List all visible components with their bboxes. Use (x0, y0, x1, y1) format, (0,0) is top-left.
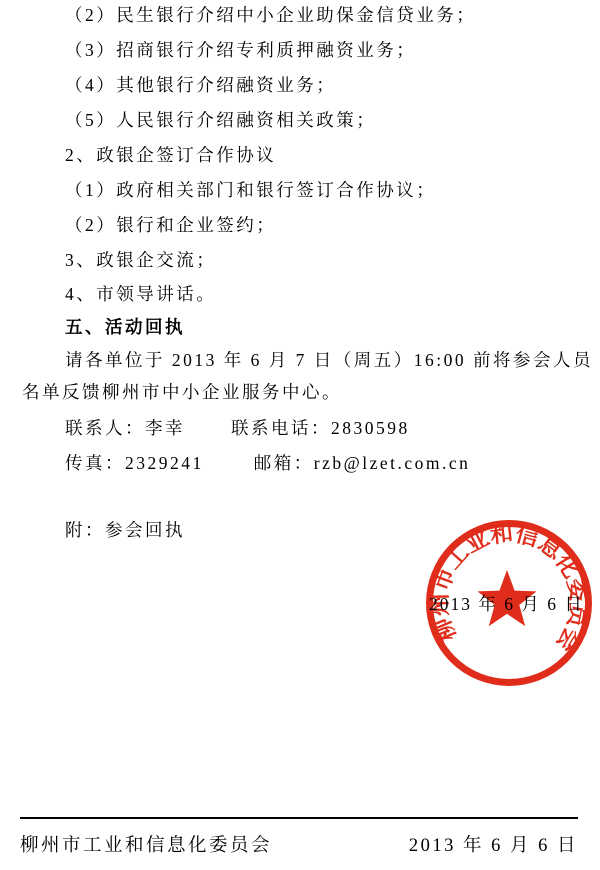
footer-issuer: 柳州市工业和信息化委员会 (20, 831, 272, 857)
agenda-item: 4、市领导讲话。 (65, 283, 580, 305)
fax-label: 传真： (65, 453, 125, 473)
contact-phone-label: 联系电话： (231, 418, 331, 438)
agenda-item: （4）其他银行介绍融资业务； (65, 74, 580, 96)
issue-date-over-seal: 2013 年 6 月 6 日 (429, 591, 584, 616)
contact-line: 联系人：李幸联系电话：2830598 (65, 417, 580, 439)
email-label: 邮箱： (254, 453, 314, 473)
footer-divider (20, 817, 578, 819)
email-address: rzb@lzet.com.cn (314, 453, 471, 473)
contact-person-name: 李幸 (145, 418, 185, 438)
agenda-item: （2）银行和企业签约； (65, 214, 580, 236)
footer-date: 2013 年 6 月 6 日 (409, 831, 578, 857)
footer: 柳州市工业和信息化委员会 2013 年 6 月 6 日 (20, 831, 578, 857)
contact-phone-number: 2830598 (331, 418, 410, 438)
fax-number: 2329241 (125, 453, 204, 473)
agenda-item: （2）民生银行介绍中小企业助保金信贷业务； (65, 4, 580, 26)
contact-person-label: 联系人： (65, 418, 145, 438)
contact-line: 传真：2329241邮箱：rzb@lzet.com.cn (65, 452, 580, 474)
agenda-item: 3、政银企交流； (65, 249, 580, 271)
agenda-item: （3）招商银行介绍专利质押融资业务； (65, 39, 580, 61)
paragraph-line: 请各单位于 2013 年 6 月 7 日（周五）16:00 前将参会人员 (65, 349, 580, 371)
agenda-item: （1）政府相关部门和银行签订合作协议； (65, 179, 580, 201)
agenda-item: 2、政银企签订合作协议 (65, 144, 580, 166)
paragraph-line: 名单反馈柳州市中小企业服务中心。 (22, 381, 580, 403)
agenda-item: （5）人民银行介绍融资相关政策； (65, 109, 580, 131)
section-heading: 五、活动回执 (65, 316, 580, 338)
